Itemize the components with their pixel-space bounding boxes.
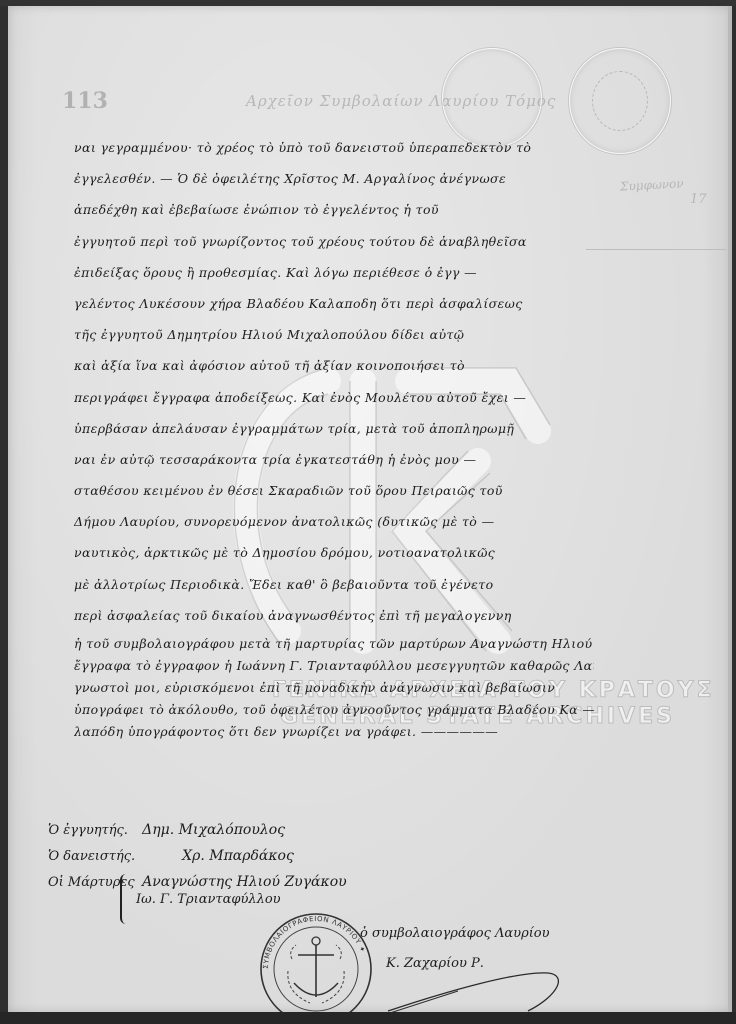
- handwritten-body: ναι γεγραμμένου· τὸ χρέος τὸ ὑπὸ τοῦ δαν…: [74, 134, 594, 743]
- handwritten-line: περὶ ἀσφαλείας τοῦ δικαίου ἀναγνωσθέντος…: [74, 602, 594, 633]
- handwritten-line: ἐγγελεσθέν. — Ὁ δὲ ὀφειλέτης Χρῖστος Μ. …: [74, 165, 594, 196]
- document-page: 113 Αρχεῖον Συμβολαίων Λαυρίου Τόμος Συμ…: [8, 6, 732, 1012]
- signature-flourish-icon: [368, 961, 568, 1012]
- witness-brace: [120, 874, 130, 924]
- scanned-document-viewer: 113 Αρχεῖον Συμβολαίων Λαυρίου Τόμος Συμ…: [0, 0, 736, 1024]
- svg-text:ΣΥΜΒΟΛΑΙΟΓΡΑΦΕΙΟΝ ΛΑΥΡΙΟΥ ✦: ΣΥΜΒΟΛΑΙΟΓΡΑΦΕΙΟΝ ΛΑΥΡΙΟΥ ✦: [262, 915, 367, 969]
- bleed-through-margin-note: Συμφωνον: [620, 176, 684, 193]
- handwritten-line: μὲ ἀλλοτρίως Περιοδικὰ. Ἔδει καθ' ὃ βεβα…: [74, 571, 594, 602]
- handwritten-line: τῆς ἐγγυητοῦ Δημητρίου Ηλιού Μιχαλοπούλο…: [74, 321, 594, 352]
- handwritten-line: λαπόδη ὑπογράφοντος ὅτι δεν γνωρίζει να …: [74, 721, 594, 743]
- handwritten-line: ναι γεγραμμένου· τὸ χρέος τὸ ὑπὸ τοῦ δαν…: [74, 134, 594, 165]
- handwritten-line: ναι ἐν αὐτῷ τεσσαράκοντα τρία ἐγκατεστάθ…: [74, 446, 594, 477]
- handwritten-line: ἐπιδείξας ὅρους ἢ προθεσμίας. Καὶ λόγω π…: [74, 259, 594, 290]
- page-right-edge: [728, 6, 732, 1012]
- bleed-through-margin-number: 17: [690, 192, 707, 207]
- signature-row-guarantor: Ὁ ἐγγυητής. Δημ. Μιχαλόπουλος: [48, 822, 468, 848]
- signature-value: Δημ. Μιχαλόπουλος: [142, 822, 285, 838]
- handwritten-line: ἐγγυητοῦ περὶ τοῦ γνωρίζοντος τοῦ χρέους…: [74, 228, 594, 259]
- signature-value: Χρ. Μπαρδάκος: [182, 848, 294, 864]
- handwritten-line: ἀπεδέχθη καὶ ἐβεβαίωσε ἐνώπιον τὸ ἐγγελέ…: [74, 196, 594, 227]
- handwritten-line: περιγράφει ἔγγραφα ἀποδείξεως. Καὶ ἐνὸς …: [74, 384, 594, 415]
- signature-block: Ὁ ἐγγυητής. Δημ. Μιχαλόπουλος Ὁ δανειστή…: [48, 822, 468, 900]
- handwritten-line: γνωστοὶ μοι, εὐρισκόμενοι ἐπὶ τῆ μοναδικ…: [74, 677, 594, 699]
- handwritten-line: Δήμου Λαυρίου, συνορευόμενον ἀνατολικῶς …: [74, 508, 594, 539]
- stamp-ring-text: ΣΥΜΒΟΛΑΙΟΓΡΑΦΕΙΟΝ ΛΑΥΡΙΟΥ ✦: [262, 915, 367, 969]
- signature-value: Αναγνώστης Ηλιού Ζυγάκου: [142, 874, 347, 890]
- signature-row-lender: Ὁ δανειστής. Χρ. Μπαρδάκος: [48, 848, 468, 874]
- handwritten-line: καὶ ἀξία ἵνα καὶ ἀφόσιον αὐτοῦ τῆ ἀξίαν …: [74, 352, 594, 383]
- embossed-seal-left-icon: [442, 48, 542, 148]
- handwritten-line: ὑπογράφει τὸ ἀκόλουθο, τοῦ ὀφειλέτου ἀγν…: [74, 699, 594, 721]
- scanner-bottom-border: [0, 1012, 736, 1024]
- handwritten-line: ἡ τοῦ συμβολαιογράφου μετὰ τῆ μαρτυρίας …: [74, 633, 594, 655]
- handwritten-line: σταθέσου κειμένου ἐν θέσει Σκαραδιῶν τοῦ…: [74, 477, 594, 508]
- notary-stamp-anchor-icon: ΣΥΜΒΟΛΑΙΟΓΡΑΦΕΙΟΝ ΛΑΥΡΙΟΥ ✦: [258, 911, 374, 1012]
- handwritten-line: ναυτικὸς, ἀρκτικῶς μὲ τὸ Δημοσίου δρόμου…: [74, 539, 594, 570]
- signature-label: Ὁ ἐγγυητής.: [48, 823, 138, 838]
- notary-signature-line1: ὁ συμβολαιογράφος Λαυρίου: [360, 926, 550, 941]
- handwritten-line: ὑπερβάσαν ἀπελάυσαν ἐγγραμμάτων τρία, με…: [74, 415, 594, 446]
- handwritten-line: ἔγγραφα τὸ ἐγγραφον ἡ Ιωάννη Γ. Τριανταφ…: [74, 655, 594, 677]
- handwritten-line: γελέντος Λυκέσουν χήρα Βλαδέου Καλαποδη …: [74, 290, 594, 321]
- signature-value-second-witness: Ιω. Γ. Τριανταφύλλου: [136, 892, 281, 907]
- signature-label: Ὁ δανειστής.: [48, 849, 138, 864]
- bleed-through-page-number: 113: [62, 88, 108, 114]
- margin-rule-line: [586, 249, 726, 250]
